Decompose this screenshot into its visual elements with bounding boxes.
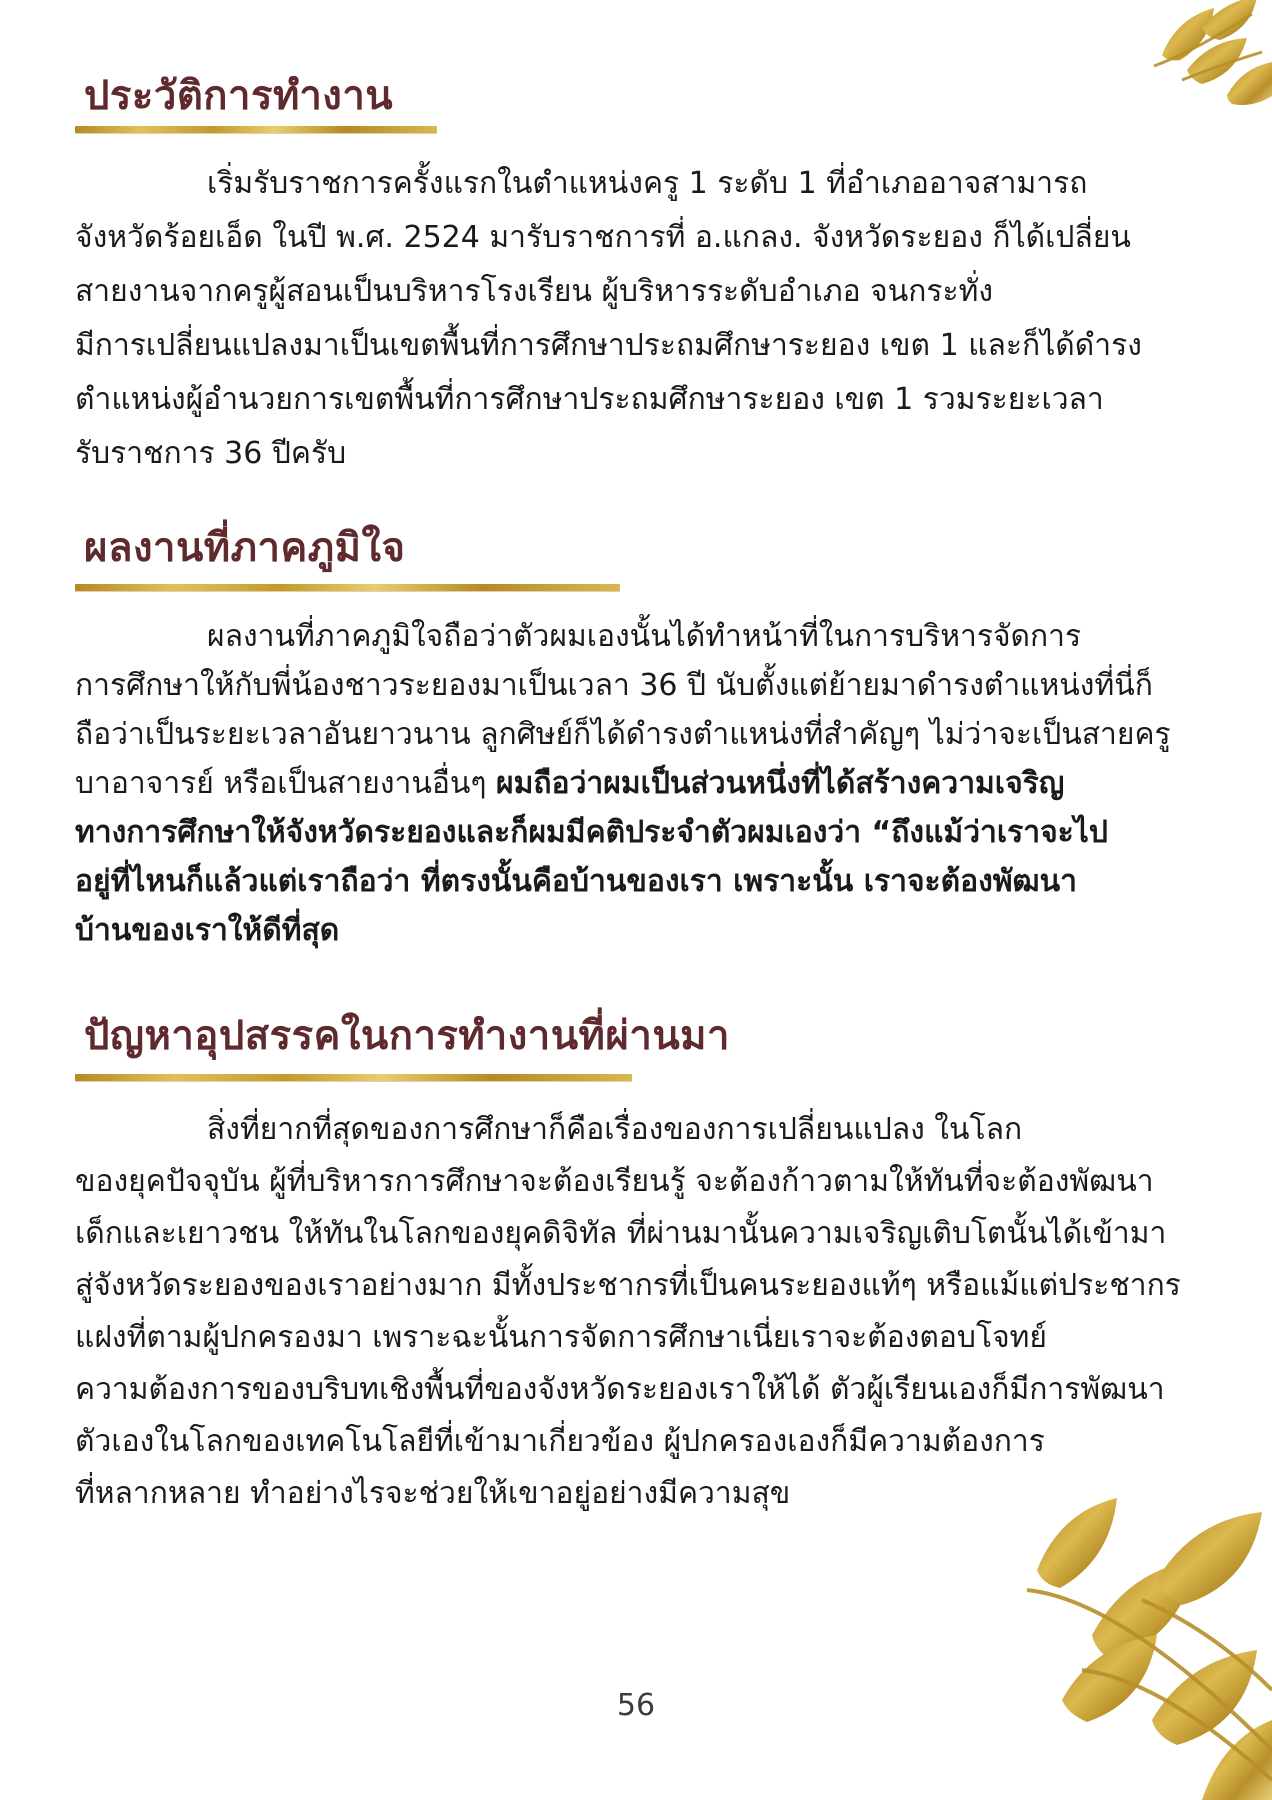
paragraph-work-history: เริ่มรับราชการครั้งแรกในตำแหน่งครู 1 ระด… [75, 157, 1020, 481]
text-line: สายงานจากครูผู้สอนเป็นบริหารโรงเรียน ผู้… [75, 265, 1020, 319]
text-line: ของยุคปัจจุบัน ผู้ที่บริหารการศึกษาจะต้อ… [75, 1156, 1020, 1208]
text-line: อยู่ที่ไหนก็แล้วแต่เราถือว่า ที่ตรงนั้นค… [75, 857, 1020, 906]
section-heading-proud-achievements: ผลงานที่ภาคภูมิใจ [84, 524, 405, 572]
heading-underline [75, 584, 620, 591]
text-line: สู่จังหวัดระยองของเราอย่างมาก มีทั้งประช… [75, 1260, 1020, 1312]
text-line: บาอาจารย์ หรือเป็นสายงานอื่นๆ ผมถือว่าผม… [75, 759, 1020, 808]
text-line: ถือว่าเป็นระยะเวลาอันยาวนาน ลูกศิษย์ก็ได… [75, 710, 1020, 759]
section-heading-work-history: ประวัติการทำงาน [84, 72, 393, 120]
section-heading-obstacles: ปัญหาอุปสรรคในการทำงานที่ผ่านมา [84, 1012, 730, 1060]
text-line: ความต้องการของบริบทเชิงพื้นที่ของจังหวัด… [75, 1364, 1020, 1416]
page-number: 56 [0, 1688, 1272, 1723]
text-line: จังหวัดร้อยเอ็ด ในปี พ.ศ. 2524 มารับราชก… [75, 211, 1020, 265]
gold-leaves-ornament-top [1102, 0, 1272, 120]
text-line: ผลงานที่ภาคภูมิใจถือว่าตัวผมเองนั้นได้ทำ… [75, 612, 1020, 661]
text-line: ทางการศึกษาให้จังหวัดระยองและก็ผมมีคติปร… [75, 808, 1020, 857]
heading-underline [75, 126, 437, 133]
text-line: การศึกษาให้กับพี่น้องชาวระยองมาเป็นเวลา … [75, 661, 1020, 710]
text-line: ตำแหน่งผู้อำนวยการเขตพื้นที่การศึกษาประถ… [75, 373, 1020, 427]
text-line: ตัวเองในโลกของเทคโนโลยีที่เข้ามาเกี่ยวข้… [75, 1416, 1020, 1468]
text-line: บ้านของเราให้ดีที่สุด [75, 906, 1020, 955]
text-line: เด็กและเยาวชน ให้ทันในโลกของยุคดิจิทัล ท… [75, 1208, 1020, 1260]
text-line: ที่หลากหลาย ทำอย่างไรจะช่วยให้เขาอยู่อย่… [75, 1468, 1020, 1520]
heading-underline [75, 1074, 632, 1081]
paragraph-obstacles: สิ่งที่ยากที่สุดของการศึกษาก็คือเรื่องขอ… [75, 1104, 1020, 1520]
text-line: รับราชการ 36 ปีครับ [75, 427, 1020, 481]
text-line: แฝงที่ตามผู้ปกครองมา เพราะฉะนั้นการจัดกา… [75, 1312, 1020, 1364]
text-line: มีการเปลี่ยนแปลงมาเป็นเขตพื้นที่การศึกษา… [75, 319, 1020, 373]
paragraph-proud-achievements: ผลงานที่ภาคภูมิใจถือว่าตัวผมเองนั้นได้ทำ… [75, 612, 1020, 955]
text-line: สิ่งที่ยากที่สุดของการศึกษาก็คือเรื่องขอ… [75, 1104, 1020, 1156]
text-line: เริ่มรับราชการครั้งแรกในตำแหน่งครู 1 ระด… [75, 157, 1020, 211]
